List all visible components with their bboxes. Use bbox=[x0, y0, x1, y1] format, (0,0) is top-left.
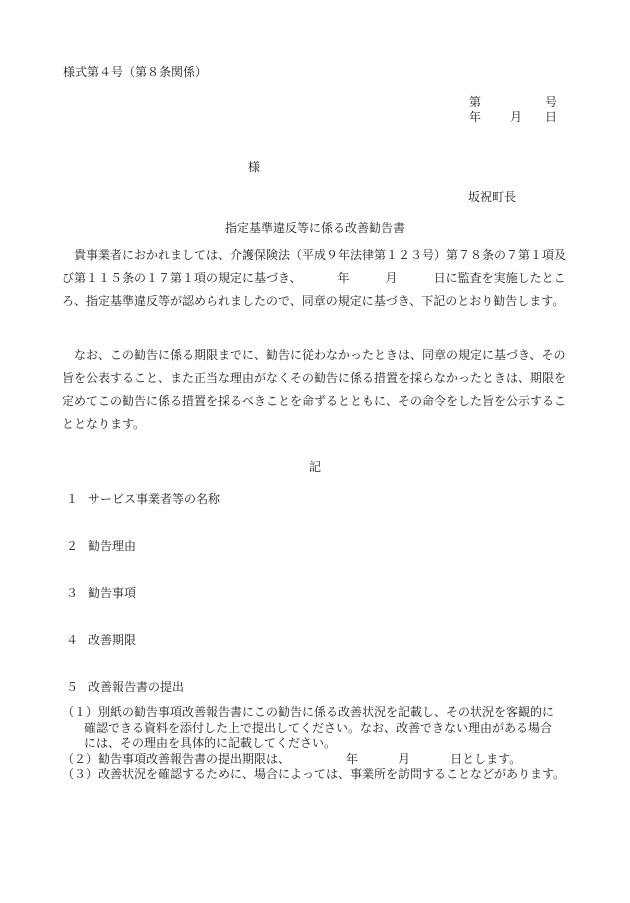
subitem-1-line3: には、その理由を具体的に記載してください。 bbox=[62, 736, 577, 752]
addressee: 様 bbox=[248, 161, 260, 173]
item-3: ３勧告事項 bbox=[66, 587, 136, 599]
paragraph-2-text: なお、この勧告に係る期限までに、勧告に従わなかったときは、同章の規定に基づき、そ… bbox=[62, 344, 572, 436]
subitem-mark: （１） bbox=[62, 705, 98, 721]
subitem-1-line1: 別紙の勧告事項改善報告書にこの勧告に係る改善状況を記載し、その状況を客観的に bbox=[98, 705, 554, 721]
item-4: ４改善期限 bbox=[66, 634, 136, 646]
item-label: 勧告事項 bbox=[88, 586, 136, 600]
date-month: 月 bbox=[510, 111, 522, 126]
doc-number-prefix: 第 bbox=[469, 96, 481, 111]
subitem-2: （２） 勧告事項改善報告書の提出期限は、 年 月 日とします。 bbox=[62, 752, 577, 768]
item-number: ２ bbox=[66, 540, 88, 552]
subitem-3-text: 改善状況を確認するために、場合によっては、事業所を訪問することなどがあります。 bbox=[98, 767, 565, 783]
subitem-1-line2: 確認できる資料を添付した上で提出してください。なお、改善できない理由がある場合 bbox=[62, 721, 577, 737]
item-label: 改善報告書の提出 bbox=[88, 680, 184, 694]
subitem-2-month: 月 bbox=[398, 752, 410, 768]
subitem-2-text: 勧告事項改善報告書の提出期限は、 bbox=[98, 752, 290, 768]
item-label: 勧告理由 bbox=[88, 539, 136, 553]
item-number: ３ bbox=[66, 587, 88, 599]
item-number: ４ bbox=[66, 634, 88, 646]
subitem-3: （３） 改善状況を確認するために、場合によっては、事業所を訪問することなどがあり… bbox=[62, 767, 577, 783]
subitem-1: （１） 別紙の勧告事項改善報告書にこの勧告に係る改善状況を記載し、その状況を客観… bbox=[62, 705, 577, 721]
ki-heading: 記 bbox=[0, 461, 630, 473]
subitem-2-tail: 日とします。 bbox=[450, 752, 521, 768]
subitem-mark: （２） bbox=[62, 752, 98, 768]
document-title: 指定基準違反等に係る改善勧告書 bbox=[0, 222, 630, 234]
item-label: サービス事業者等の名称 bbox=[88, 492, 220, 506]
item-label: 改善期限 bbox=[88, 633, 136, 647]
item-2: ２勧告理由 bbox=[66, 540, 136, 552]
subitem-list: （１） 別紙の勧告事項改善報告書にこの勧告に係る改善状況を記載し、その状況を客観… bbox=[62, 705, 577, 783]
date-year: 年 bbox=[469, 111, 481, 126]
doc-number-suffix: 号 bbox=[545, 96, 557, 111]
document-number-date-block: 第 号 年 月 日 bbox=[469, 96, 557, 126]
date-day: 日 bbox=[545, 111, 557, 126]
issue-date: 年 月 日 bbox=[469, 111, 557, 126]
form-number: 様式第４号（第８条関係） bbox=[63, 66, 207, 78]
sender: 坂祝町長 bbox=[468, 191, 516, 203]
document-number: 第 号 bbox=[469, 96, 557, 111]
item-number: ５ bbox=[66, 681, 88, 693]
paragraph-2: なお、この勧告に係る期限までに、勧告に従わなかったときは、同章の規定に基づき、そ… bbox=[62, 344, 572, 436]
subitem-2-year: 年 bbox=[346, 752, 358, 768]
item-1: １サービス事業者等の名称 bbox=[66, 493, 220, 505]
item-5: ５改善報告書の提出 bbox=[66, 681, 184, 693]
paragraph-1: 貴事業者におかれましては、介護保険法（平成９年法律第１２３号）第７８条の７第１項… bbox=[62, 244, 572, 313]
paragraph-1-year: 年 bbox=[338, 271, 350, 285]
item-number: １ bbox=[66, 493, 88, 505]
paragraph-1-month: 月 bbox=[386, 271, 398, 285]
subitem-mark: （３） bbox=[62, 767, 98, 783]
